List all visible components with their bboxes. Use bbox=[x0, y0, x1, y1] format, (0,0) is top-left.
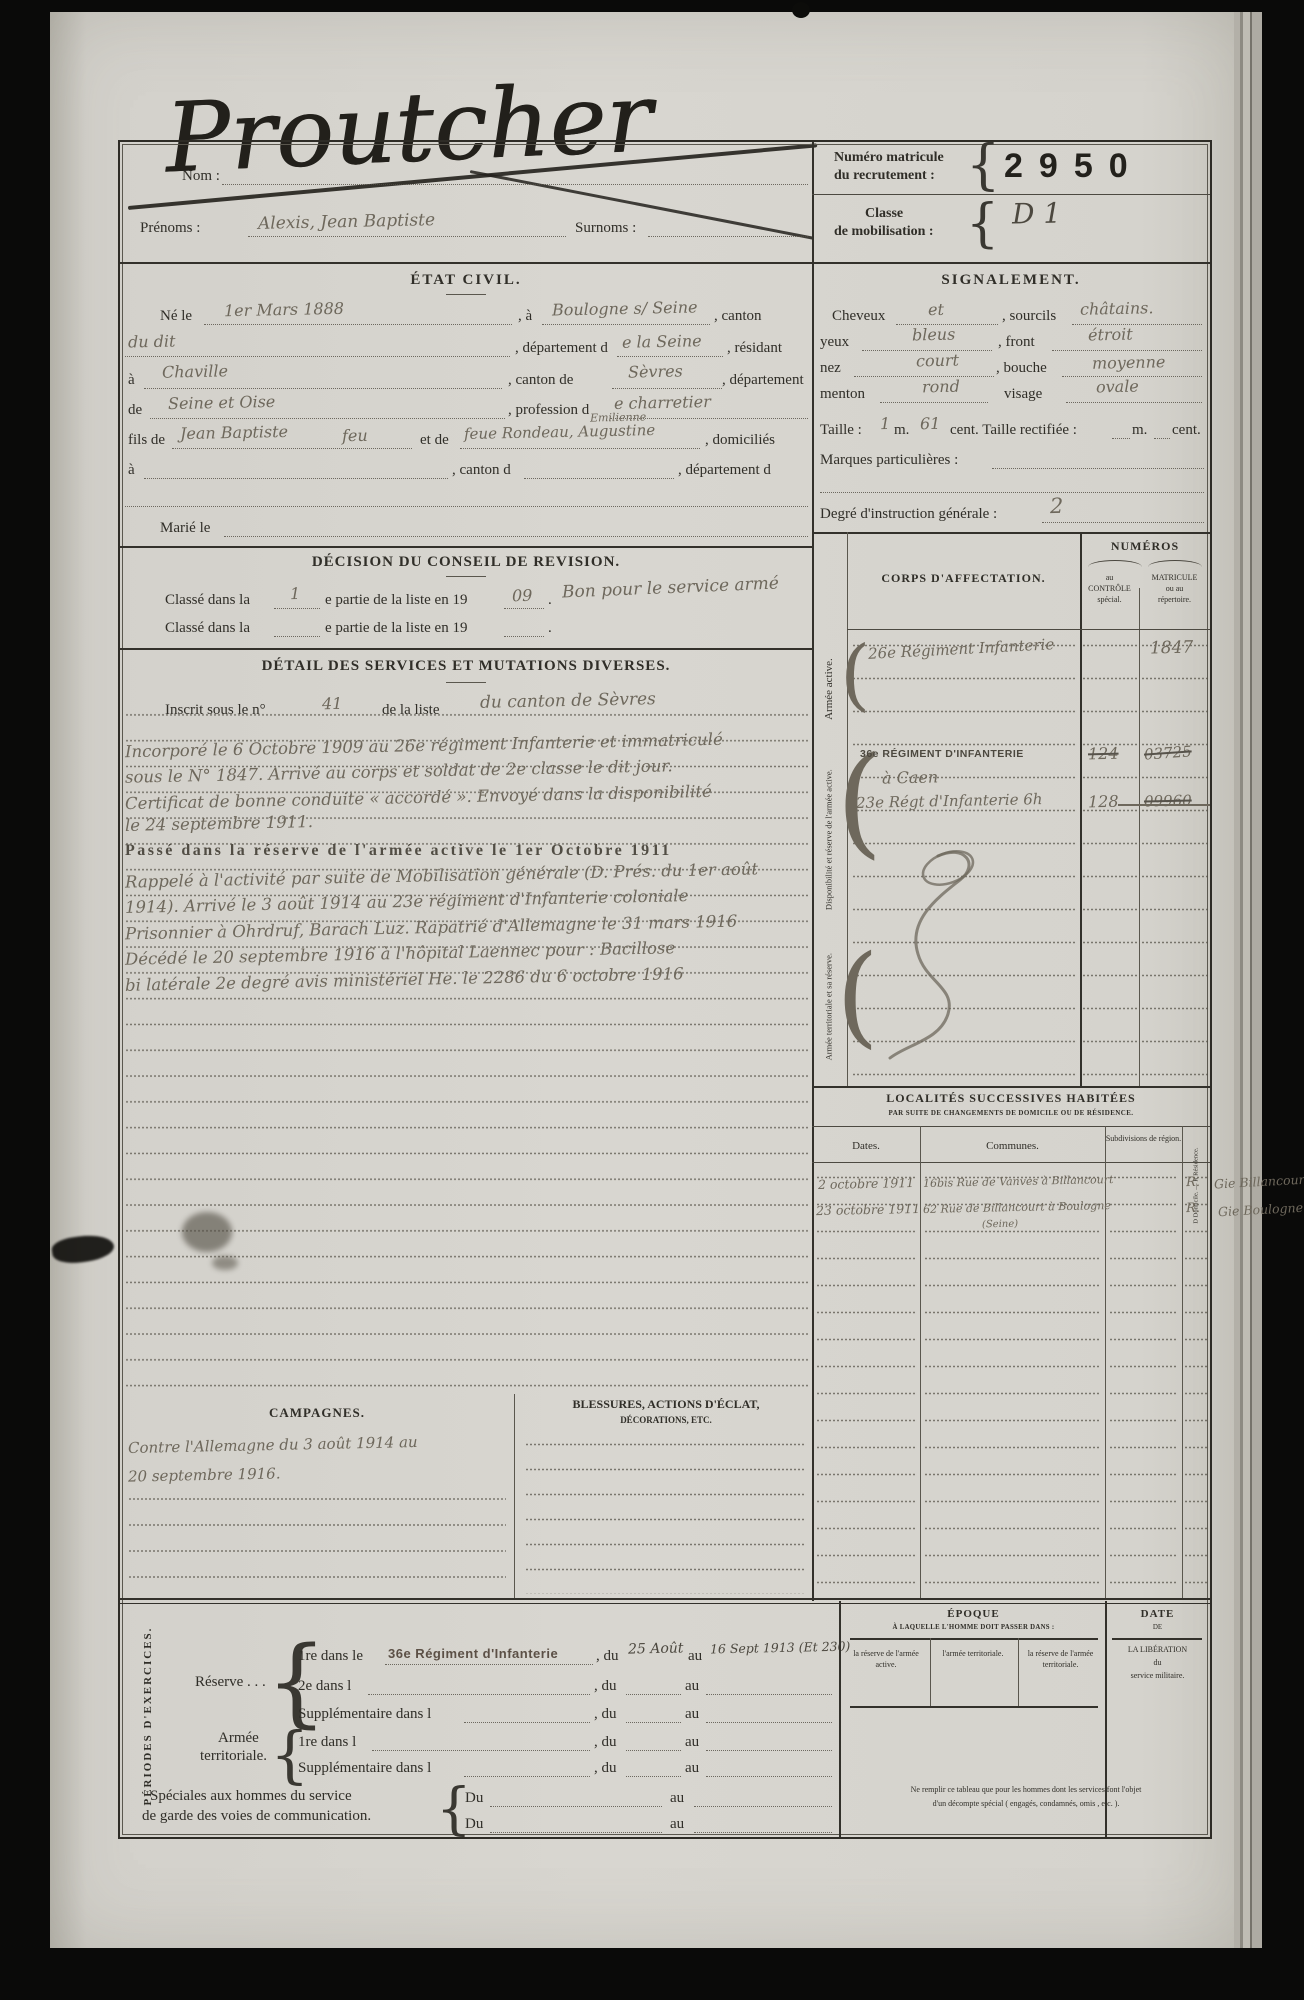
numeros-brace-left bbox=[1088, 560, 1142, 567]
territoriale-r1-label: 1re dans l bbox=[298, 1734, 356, 1751]
form-frame: Nom : Prénoms : Alexis, Jean Baptiste Su… bbox=[118, 140, 1212, 1839]
campagnes-line-2: 20 septembre 1916. bbox=[128, 1466, 281, 1484]
cheveux-label: Cheveux bbox=[832, 308, 885, 325]
residant-label: , résidant bbox=[727, 340, 782, 357]
main-column-divider bbox=[812, 142, 814, 1601]
inscrit-numero-value: 41 bbox=[322, 696, 343, 712]
corps-rot-disponibilite: Disponibilité et réserve de l'armée acti… bbox=[824, 750, 833, 930]
localites-row-date: 23 octobre 1911 bbox=[816, 1203, 920, 1218]
margin-note-1: Gie Billancourt bbox=[1214, 1174, 1304, 1191]
reserve-r1-du-value: 25 Août bbox=[628, 1641, 684, 1656]
campagnes-line-1: Contre l'Allemagne du 3 août 1914 au bbox=[128, 1435, 418, 1456]
corps-bott om-rule bbox=[812, 1086, 1210, 1088]
services-flourish bbox=[446, 682, 486, 683]
line bbox=[1042, 522, 1204, 523]
de-label: de bbox=[128, 402, 142, 419]
localites-dr-ruled bbox=[1184, 1164, 1208, 1594]
localites-row-dr: R. bbox=[1186, 1176, 1200, 1189]
service-line-stamp: Passé dans la réserve de l'armée active … bbox=[125, 842, 672, 860]
blessures-ruled-area bbox=[525, 1432, 805, 1594]
surnoms-line bbox=[648, 236, 808, 237]
line bbox=[125, 506, 808, 507]
localites-row-commune-suite: (Seine) bbox=[982, 1220, 1018, 1231]
yeux-label: yeux bbox=[820, 334, 849, 351]
line bbox=[626, 1722, 681, 1723]
speciales-label-1: Spéciales aux hommes du service bbox=[150, 1788, 352, 1805]
line bbox=[274, 608, 320, 609]
epoque-col-3: la réserve de l'armée territoriale. bbox=[1018, 1648, 1103, 1670]
au-label: au bbox=[688, 1648, 702, 1665]
birth-date-value: 1er Mars 1888 bbox=[224, 301, 344, 320]
line bbox=[274, 636, 320, 637]
prenoms-line bbox=[248, 236, 566, 237]
corps-rot-territoriale: Armée territoriale et sa réserve. bbox=[824, 932, 833, 1082]
m-label: m. bbox=[894, 422, 909, 439]
au-label: au bbox=[670, 1790, 684, 1807]
reserve-r1-label: 1re dans le bbox=[298, 1648, 363, 1665]
controle-col-ruled bbox=[1082, 629, 1137, 1087]
epoque-subtitle: À LAQUELLE L'HOMME DOIT PASSER DANS : bbox=[842, 1624, 1105, 1631]
binding-hole-mark bbox=[792, 2, 810, 18]
bouche-value: moyenne bbox=[1092, 354, 1166, 372]
line bbox=[172, 448, 412, 449]
etat-civil-bottom-rule bbox=[120, 546, 812, 548]
localites-vline-1 bbox=[920, 1126, 921, 1598]
line bbox=[880, 402, 988, 403]
date-header-rule bbox=[1112, 1638, 1202, 1640]
nom-line bbox=[222, 184, 808, 185]
sourcils-value: châtains. bbox=[1080, 300, 1154, 318]
classe2-label-a: Classé dans la bbox=[165, 620, 250, 637]
service-line: le 24 septembre 1911. bbox=[125, 814, 313, 834]
localites-col-subdivisions: Subdivisions de région. bbox=[1105, 1134, 1182, 1144]
numeros-brace-right bbox=[1148, 560, 1202, 567]
mother-name-value: feue Rondeau, Augustine bbox=[464, 423, 655, 442]
line bbox=[992, 468, 1204, 469]
cent-taille-rect-label: cent. Taille rectifiée : bbox=[950, 422, 1077, 439]
decision-title: DÉCISION DU CONSEIL DE REVISION. bbox=[120, 554, 812, 571]
line bbox=[204, 324, 512, 325]
decision-flourish bbox=[446, 576, 486, 577]
line bbox=[694, 1832, 832, 1833]
front-label: , front bbox=[998, 334, 1035, 351]
dot-label: . bbox=[548, 592, 552, 609]
reserve-r2-label: 2e dans l bbox=[298, 1678, 351, 1695]
birth-place-value: Boulogne s/ Seine bbox=[552, 299, 698, 318]
du-label: , du bbox=[594, 1678, 617, 1695]
date-sub-service: service militaire. bbox=[1105, 1672, 1210, 1681]
numero-brace bbox=[966, 138, 1000, 192]
line bbox=[504, 636, 544, 637]
speciales-label-2: de garde des voies de communication. bbox=[142, 1808, 371, 1825]
line bbox=[504, 608, 544, 609]
prenoms-value: Alexis, Jean Baptiste bbox=[258, 212, 435, 233]
au-label: au bbox=[685, 1706, 699, 1723]
corps-row2-controle: 124 bbox=[1088, 746, 1119, 763]
line bbox=[820, 492, 1204, 493]
nom-label: Nom : bbox=[182, 168, 220, 185]
matricule-header-3: répertoire. bbox=[1139, 596, 1210, 605]
epoque-note-2: d'un décompte spécial ( engagés, condamn… bbox=[842, 1800, 1210, 1809]
line bbox=[524, 478, 674, 479]
a2-label: à bbox=[128, 372, 135, 389]
inscrit-label-b: de la liste bbox=[382, 702, 439, 719]
controle-matricule-divider bbox=[1139, 588, 1140, 1087]
paraph-flourish bbox=[860, 842, 1000, 1062]
classe1-label-b: e partie de la liste en 19 bbox=[325, 592, 467, 609]
etat-civil-flourish bbox=[446, 294, 486, 295]
dot2-label: . bbox=[548, 620, 552, 637]
marie-le-label: Marié le bbox=[160, 520, 210, 537]
localites-col-dates: Dates. bbox=[812, 1140, 920, 1152]
numero-matricule-label-2: du recrutement : bbox=[834, 168, 935, 183]
date-sub-liberation: LA LIBÉRATION bbox=[1105, 1646, 1210, 1655]
line bbox=[464, 1776, 590, 1777]
localites-col-communes: Communes. bbox=[920, 1140, 1105, 1152]
sourcils-label: , sourcils bbox=[1002, 308, 1056, 325]
signalement-title: SIGNALEMENT. bbox=[812, 272, 1210, 289]
date-sub-du: du bbox=[1105, 1659, 1210, 1668]
line bbox=[372, 1750, 590, 1751]
territoriale-r2-label: Supplémentaire dans l bbox=[298, 1760, 431, 1777]
cent2-label: cent. bbox=[1172, 422, 1201, 439]
reserve-r1-au-value: 16 Sept 1913 (Et 230) bbox=[710, 1641, 851, 1656]
controle-header-1: au bbox=[1080, 574, 1139, 583]
scanned-military-register-page: { "doc": { "name_script": "Proutcher", "… bbox=[0, 0, 1304, 2000]
margin-note-2: Gie Boulogne bbox=[1218, 1202, 1304, 1219]
localites-dates-ruled bbox=[816, 1164, 916, 1594]
line bbox=[460, 448, 700, 449]
epoque-vline-1 bbox=[930, 1638, 931, 1706]
blessures-title-2: DÉCORATIONS, ETC. bbox=[520, 1416, 812, 1426]
residence-departement-value: Seine et Oise bbox=[168, 394, 276, 412]
controle-header-3: spécial. bbox=[1080, 596, 1139, 605]
father-name-value: Jean Baptiste bbox=[180, 424, 288, 442]
profession-label: , profession d bbox=[508, 402, 589, 419]
marques-label: Marques particulières : bbox=[820, 452, 958, 469]
campagnes-blessures-divider bbox=[514, 1394, 515, 1598]
line bbox=[1154, 438, 1170, 439]
epoque-col-1: la réserve de l'armée active. bbox=[844, 1648, 928, 1670]
line bbox=[1066, 402, 1202, 403]
line bbox=[694, 1806, 832, 1807]
signalement-bottom-rule bbox=[812, 532, 1210, 534]
ne-le-label: Né le bbox=[160, 308, 192, 325]
matricule-header-1: MATRICULE bbox=[1139, 574, 1210, 583]
matricule-header-2: ou au bbox=[1139, 585, 1210, 594]
services-title: DÉTAIL DES SERVICES ET MUTATIONS DIVERSE… bbox=[120, 658, 812, 675]
prenoms-label: Prénoms : bbox=[140, 220, 200, 237]
epoque-bottom-rule bbox=[850, 1706, 1098, 1708]
domicilies-label: , domiciliés bbox=[705, 432, 775, 449]
a3-label: à bbox=[128, 462, 135, 479]
visage-label: visage bbox=[1004, 386, 1042, 403]
line bbox=[626, 1694, 681, 1695]
controle-header-2: CONTRÔLE bbox=[1080, 585, 1139, 594]
line bbox=[706, 1776, 832, 1777]
line bbox=[464, 1722, 590, 1723]
date-sub-de: DE bbox=[1105, 1624, 1210, 1632]
line bbox=[144, 388, 502, 389]
corps-affectation-header: CORPS D'AFFECTATION. bbox=[847, 572, 1080, 585]
line bbox=[490, 1806, 662, 1807]
inscrit-label-a: Inscrit sous le n° bbox=[165, 702, 266, 719]
line bbox=[617, 356, 723, 357]
localites-header-top bbox=[812, 1126, 1210, 1127]
localites-title: LOCALITÉS SUCCESSIVES HABITÉES bbox=[812, 1092, 1210, 1105]
canton-label: , canton bbox=[714, 308, 761, 325]
et-de-label: et de bbox=[420, 432, 449, 449]
departement2-label: , département bbox=[722, 372, 804, 389]
classe-label-1: Classe bbox=[865, 206, 903, 221]
yeux-value: bleus bbox=[912, 327, 956, 344]
corps-row2-stamp: 36e RÉGIMENT D'INFANTERIE bbox=[860, 748, 1024, 760]
localites-subdiv-ruled bbox=[1109, 1164, 1178, 1594]
corps-row2-matricule: 03725 bbox=[1144, 744, 1193, 762]
decision-note-value: Bon pour le service armé bbox=[562, 575, 779, 601]
mother-name-superscript: Emilienne bbox=[590, 411, 646, 423]
line bbox=[626, 1750, 681, 1751]
a-label: , à bbox=[518, 308, 532, 325]
fils-de-label: fils de bbox=[128, 432, 165, 449]
localites-vline-3 bbox=[1182, 1126, 1183, 1598]
reserve-r1-regiment-stamp: 36e Régiment d'Infanterie bbox=[388, 1646, 558, 1661]
localites-row-dr: R. bbox=[1186, 1202, 1200, 1215]
epoque-vline-2 bbox=[1018, 1638, 1019, 1706]
inscrit-liste-value: du canton de Sèvres bbox=[480, 691, 656, 712]
du-label: , du bbox=[596, 1648, 619, 1665]
taille-m-value: 1 bbox=[880, 416, 891, 432]
residence-value: Chaville bbox=[162, 363, 228, 380]
corps-row3-value: 23e Régt d'Infanterie 6h bbox=[856, 792, 1043, 811]
territoriale-label: territoriale. bbox=[200, 1748, 267, 1765]
book-page-edges bbox=[1234, 12, 1262, 1948]
epoque-col-2: l'armée territoriale. bbox=[930, 1648, 1016, 1659]
birth-departement-value: e la Seine bbox=[622, 333, 702, 351]
nez-value: court bbox=[916, 353, 959, 370]
numero-matricule-label-1: Numéro matricule bbox=[834, 150, 944, 165]
corps-row3-controle: 128 bbox=[1088, 794, 1119, 811]
canton-d-label: , canton d bbox=[452, 462, 511, 479]
visage-value: ovale bbox=[1096, 379, 1139, 396]
localites-row-date: 2 octobre 1911 bbox=[818, 1177, 914, 1192]
epoque-title: ÉPOQUE bbox=[842, 1608, 1105, 1620]
corps-rot-armee-active: Armée active. bbox=[823, 624, 835, 754]
localites-subtitle: PAR SUITE DE CHANGEMENTS DE DOMICILE OU … bbox=[812, 1110, 1210, 1118]
front-value: étroit bbox=[1088, 327, 1133, 344]
line bbox=[542, 324, 710, 325]
du-label: , du bbox=[594, 1706, 617, 1723]
line bbox=[224, 536, 808, 537]
bottom-section-double-rule bbox=[120, 1598, 1210, 1604]
taille-label: Taille : bbox=[820, 422, 862, 439]
du-maj-label: Du bbox=[465, 1790, 483, 1807]
cheveux-value: et bbox=[928, 302, 944, 318]
line bbox=[706, 1722, 832, 1723]
line bbox=[706, 1750, 832, 1751]
du-label: , du bbox=[594, 1734, 617, 1751]
numero-matricule-value: 2950 bbox=[1004, 148, 1144, 185]
header-bottom-rule bbox=[120, 262, 1210, 264]
classe2-label-b: e partie de la liste en 19 bbox=[325, 620, 467, 637]
nez-label: nez bbox=[820, 360, 841, 377]
line bbox=[490, 1832, 662, 1833]
campagnes-ruled-area bbox=[128, 1486, 506, 1594]
line bbox=[626, 1776, 681, 1777]
epoque-header-rule bbox=[850, 1638, 1098, 1640]
menton-value: rond bbox=[922, 379, 960, 396]
surnoms-label: Surnoms : bbox=[575, 220, 636, 237]
numero-separator bbox=[812, 194, 1210, 195]
classe-label-2: de mobilisation : bbox=[834, 224, 934, 239]
epoque-left-divider bbox=[839, 1601, 841, 1837]
armee-label: Armée bbox=[218, 1730, 259, 1747]
corps-brace-1 bbox=[840, 636, 870, 714]
degre-instruction-value: 2 bbox=[1050, 496, 1064, 517]
du-maj-label: Du bbox=[465, 1816, 483, 1833]
decision-bottom-rule bbox=[120, 648, 812, 650]
matricule-col-ruled bbox=[1141, 629, 1208, 1087]
reserve-r3-label: Supplémentaire dans l bbox=[298, 1706, 431, 1723]
canton-de-label: , canton de bbox=[508, 372, 573, 389]
line bbox=[385, 1664, 593, 1665]
menton-label: menton bbox=[820, 386, 865, 403]
au-label: au bbox=[685, 1760, 699, 1777]
corps-row1-matricule: 1847 bbox=[1150, 640, 1194, 658]
date-title: DATE bbox=[1105, 1608, 1210, 1620]
localites-header-bottom bbox=[812, 1162, 1210, 1163]
du-label: , du bbox=[594, 1760, 617, 1777]
line bbox=[368, 1694, 590, 1695]
residence-canton-value: Sèvres bbox=[628, 363, 683, 380]
localites-vline-2 bbox=[1105, 1126, 1106, 1598]
classe-mobilisation-value: D 1 bbox=[1012, 199, 1062, 228]
au-label: au bbox=[685, 1678, 699, 1695]
classe1-year-value: 09 bbox=[512, 588, 533, 604]
birth-canton-value: du dit bbox=[128, 334, 176, 351]
departement-label: , département d bbox=[515, 340, 608, 357]
taille-cm-value: 61 bbox=[920, 416, 941, 432]
line bbox=[150, 418, 505, 419]
line bbox=[125, 356, 510, 357]
line bbox=[144, 478, 448, 479]
numeros-header: NUMÉROS bbox=[1080, 540, 1210, 553]
corps-row2-lieu: à Caen bbox=[882, 769, 939, 786]
campagnes-title: CAMPAGNES. bbox=[120, 1406, 514, 1420]
profession-value: e charretier bbox=[614, 394, 711, 412]
line bbox=[1112, 438, 1130, 439]
classe-brace bbox=[966, 198, 999, 250]
au-label: au bbox=[670, 1816, 684, 1833]
epoque-note-1: Ne remplir ce tableau que pour les homme… bbox=[842, 1786, 1210, 1795]
line bbox=[706, 1694, 832, 1695]
au-label: au bbox=[685, 1734, 699, 1751]
line bbox=[1052, 350, 1202, 351]
m2-label: m. bbox=[1132, 422, 1147, 439]
degre-instruction-label: Degré d'instruction générale : bbox=[820, 506, 997, 523]
line bbox=[612, 388, 722, 389]
blessures-title-1: BLESSURES, ACTIONS D'ÉCLAT, bbox=[520, 1398, 812, 1411]
corps-row3-matricule: 09960 bbox=[1144, 794, 1192, 810]
periodes-rot-label: PÉRIODES D'EXERCICES. bbox=[142, 1616, 154, 1816]
etat-civil-title: ÉTAT CIVIL. bbox=[120, 272, 812, 289]
father-deceased-note: feu bbox=[342, 428, 368, 445]
reserve-label: Réserve . . . bbox=[195, 1674, 266, 1691]
classe1-partie-value: 1 bbox=[290, 586, 301, 602]
departement-d-label: , département d bbox=[678, 462, 771, 479]
bouche-label: , bouche bbox=[996, 360, 1047, 377]
classe1-label-a: Classé dans la bbox=[165, 592, 250, 609]
